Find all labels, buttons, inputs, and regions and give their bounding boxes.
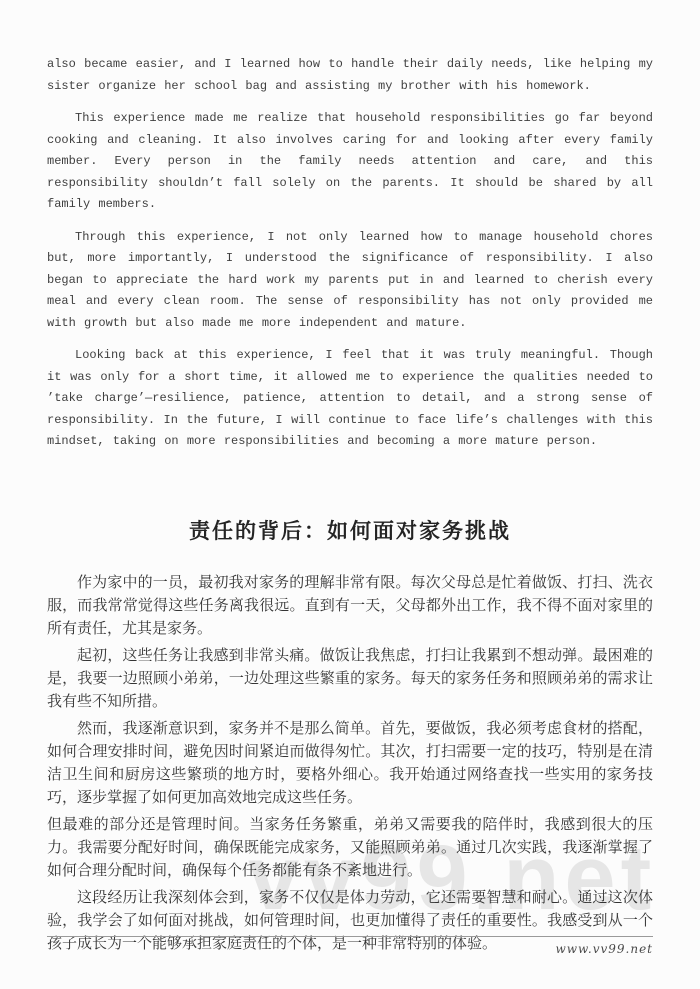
page-footer: www.vv99.net — [47, 936, 653, 958]
english-paragraph: This experience made me realize that hou… — [47, 108, 653, 216]
chinese-paragraph: 起初，这些任务让我感到非常头痛。做饭让我焦虑，打扫让我累到不想动弹。最困难的是，… — [47, 645, 653, 714]
english-paragraph: Through this experience, I not only lear… — [47, 227, 653, 335]
footer-url: www.vv99.net — [556, 942, 654, 956]
essay-title: 责任的背后：如何面对家务挑战 — [47, 515, 653, 547]
english-paragraph: also became easier, and I learned how to… — [47, 54, 653, 97]
chinese-paragraph: 但最难的部分还是管理时间。当家务任务繁重，弟弟又需要我的陪伴时，我感到很大的压力… — [47, 814, 653, 883]
chinese-essay-section: 作为家中的一员，最初我对家务的理解非常有限。每次父母总是忙着做饭、打扫、洗衣服，… — [47, 572, 653, 956]
document-page: also became easier, and I learned how to… — [0, 0, 700, 956]
chinese-paragraph: 作为家中的一员，最初我对家务的理解非常有限。每次父母总是忙着做饭、打扫、洗衣服，… — [47, 572, 653, 641]
chinese-paragraph: 然而，我逐渐意识到，家务并不是那么简单。首先，要做饭，我必须考虑食材的搭配，如何… — [47, 718, 653, 810]
english-essay-section: also became easier, and I learned how to… — [47, 54, 653, 453]
english-paragraph: Looking back at this experience, I feel … — [47, 345, 653, 453]
